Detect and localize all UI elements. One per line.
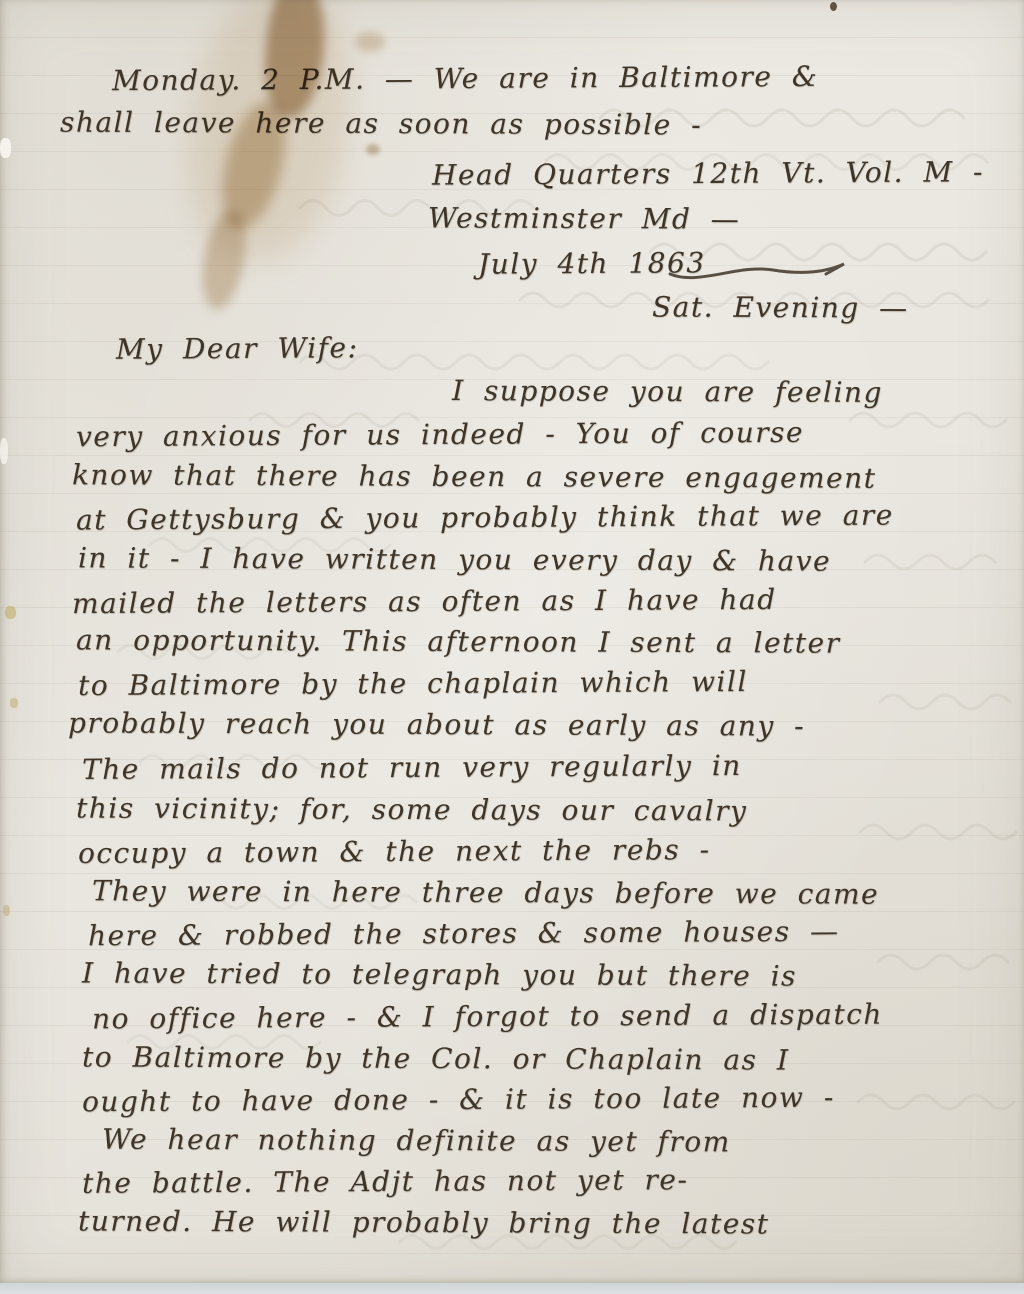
body-line: to Baltimore by the Col. or Chaplain as … (82, 1040, 790, 1076)
body-line: in it - I have written you every day & h… (78, 541, 831, 577)
body-line: to Baltimore by the chaplain which will (78, 665, 748, 702)
postscript-line: shall leave here as soon as possible - (60, 106, 702, 142)
heading-line: July 4th 1863 (478, 246, 706, 280)
heading-line: Head Quarters 12th Vt. Vol. M - (432, 155, 984, 191)
body-line: at Gettysburg & you probably think that … (76, 499, 894, 537)
body-line: know that there has been a severe engage… (72, 458, 877, 495)
body-line: I suppose you are feeling (452, 374, 883, 409)
body-line: very anxious for us indeed - You of cour… (76, 416, 804, 453)
heading-line: Westminster Md — (428, 201, 740, 235)
body-line: I have tried to telegraph you but there … (82, 956, 797, 992)
body-line: this vicinity; for, some days our cavalr… (76, 792, 747, 828)
body-line: The mails do not run very regularly in (82, 749, 742, 786)
body-line: mailed the letters as often as I have ha… (72, 583, 777, 620)
body-line: We hear nothing definite as yet from (102, 1123, 731, 1159)
body-line: They were in here three days before we c… (92, 874, 879, 910)
body-line: turned. He will probably bring the lates… (78, 1204, 770, 1240)
body-line: no office here - & I forgot to send a di… (92, 998, 883, 1036)
body-line: occupy a town & the next the rebs - (78, 833, 711, 870)
postscript-line: Monday. 2 P.M. — We are in Baltimore & (112, 60, 818, 97)
heading-line: Sat. Evening — (652, 290, 909, 324)
body-line: here & robbed the stores & some houses — (88, 915, 840, 953)
salutation: My Dear Wife: (116, 331, 359, 365)
scanner-background-strip (0, 1283, 1024, 1294)
ink-dot (830, 2, 837, 11)
body-line: an opportunity. This afternoon I sent a … (76, 623, 841, 659)
body-line: ought to have done - & it is too late no… (82, 1081, 835, 1119)
letter-scan: Monday. 2 P.M. — We are in Baltimore & s… (0, 0, 1024, 1294)
body-line: probably reach you about as early as any… (68, 706, 805, 742)
body-line: the battle. The Adjt has not yet re- (82, 1163, 689, 1200)
